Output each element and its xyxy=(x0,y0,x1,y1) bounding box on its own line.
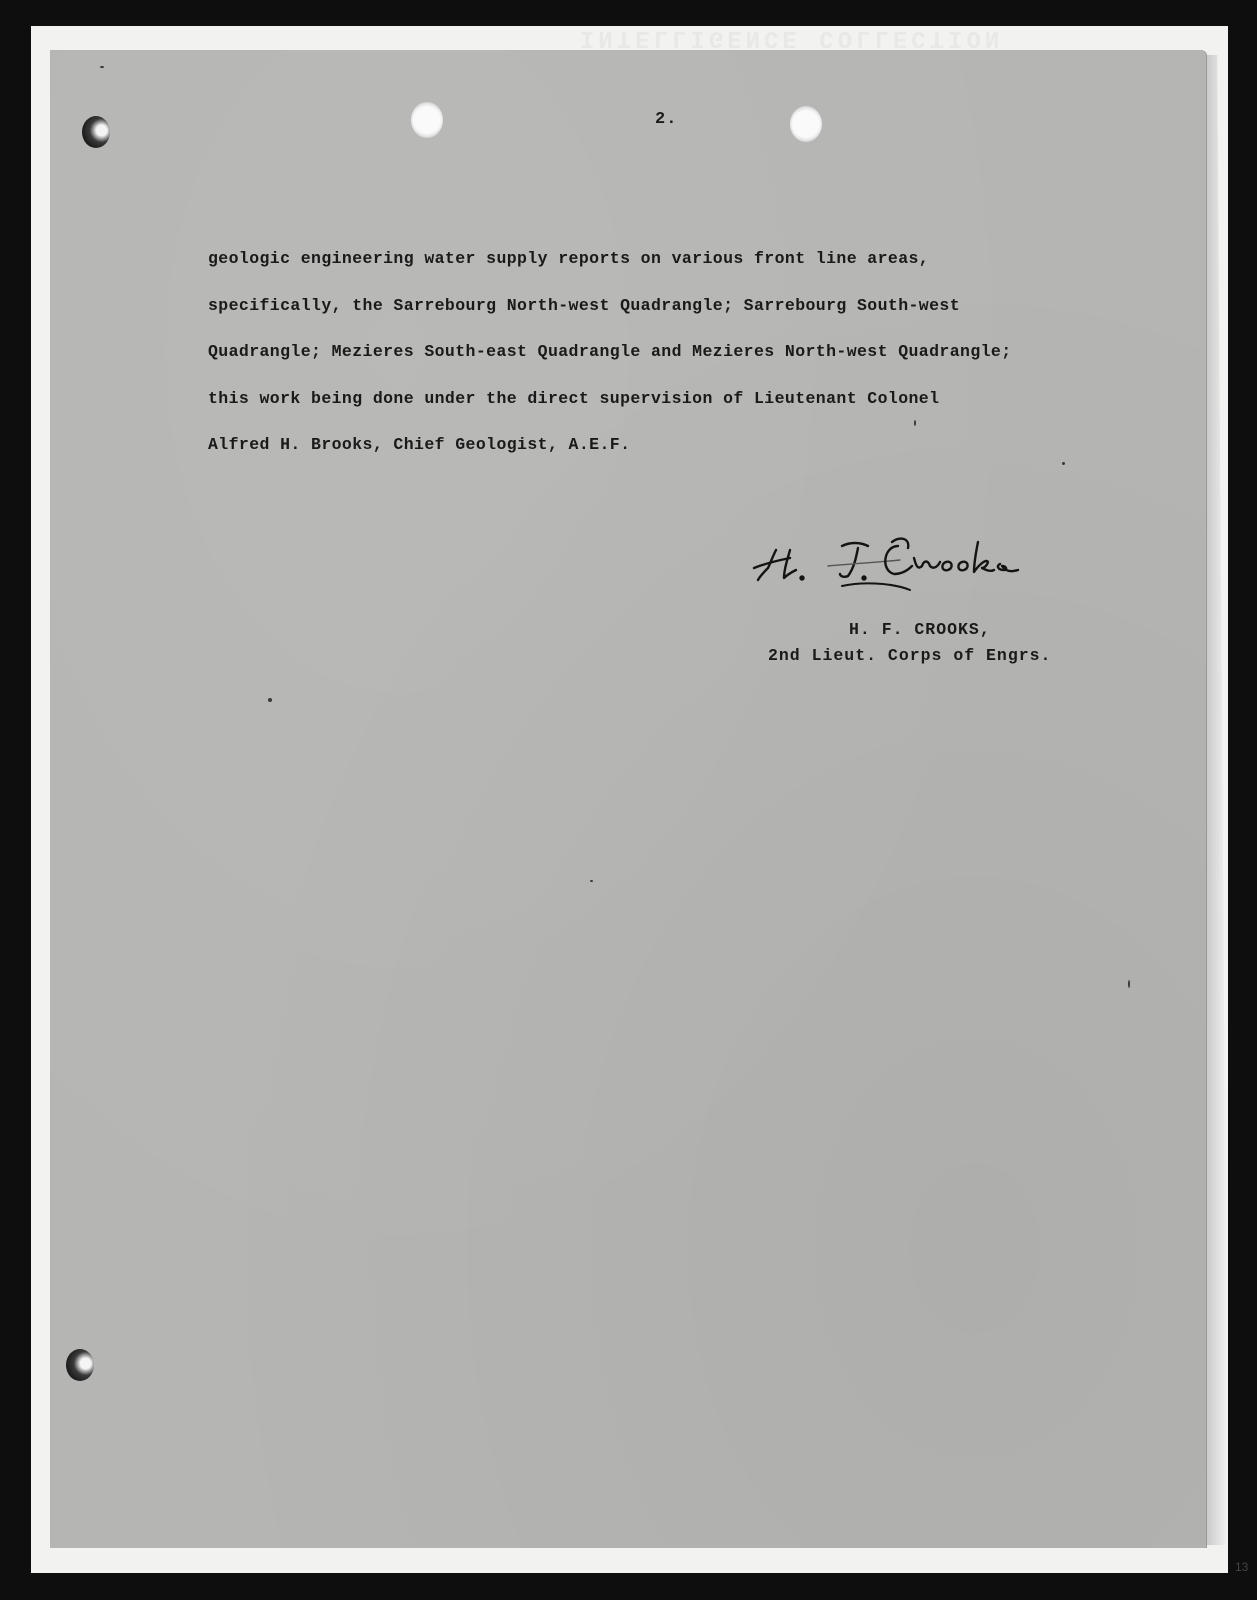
body-line: this work being done under the direct su… xyxy=(208,384,1128,431)
speck xyxy=(590,880,593,882)
corner-mark: 13 xyxy=(1235,1560,1248,1574)
speck xyxy=(1128,980,1130,988)
handwritten-signature xyxy=(750,528,1050,608)
speck xyxy=(1062,462,1065,465)
body-line: Alfred H. Brooks, Chief Geologist, A.E.F… xyxy=(208,430,1128,477)
speck xyxy=(914,420,916,426)
body-line: specifically, the Sarrebourg North-west … xyxy=(208,291,1128,338)
bleed-through-text: INTELLIGENCE COLLECTION xyxy=(580,26,1040,48)
signature-icon xyxy=(750,528,1050,608)
letter-body: geologic engineering water supply report… xyxy=(208,244,1128,477)
punch-hole-icon xyxy=(411,102,443,138)
body-line: Quadrangle; Mezieres South-east Quadrang… xyxy=(208,337,1128,384)
punch-hole-icon xyxy=(66,1349,94,1381)
speck xyxy=(100,66,104,68)
punch-hole-icon xyxy=(82,116,110,148)
speck xyxy=(268,698,272,702)
page-number: 2. xyxy=(655,110,677,129)
body-line: geologic engineering water supply report… xyxy=(208,244,1128,291)
signer-title: 2nd Lieut. Corps of Engrs. xyxy=(768,646,1051,665)
punch-hole-icon xyxy=(790,106,822,142)
signer-name: H. F. CROOKS, xyxy=(849,620,991,639)
